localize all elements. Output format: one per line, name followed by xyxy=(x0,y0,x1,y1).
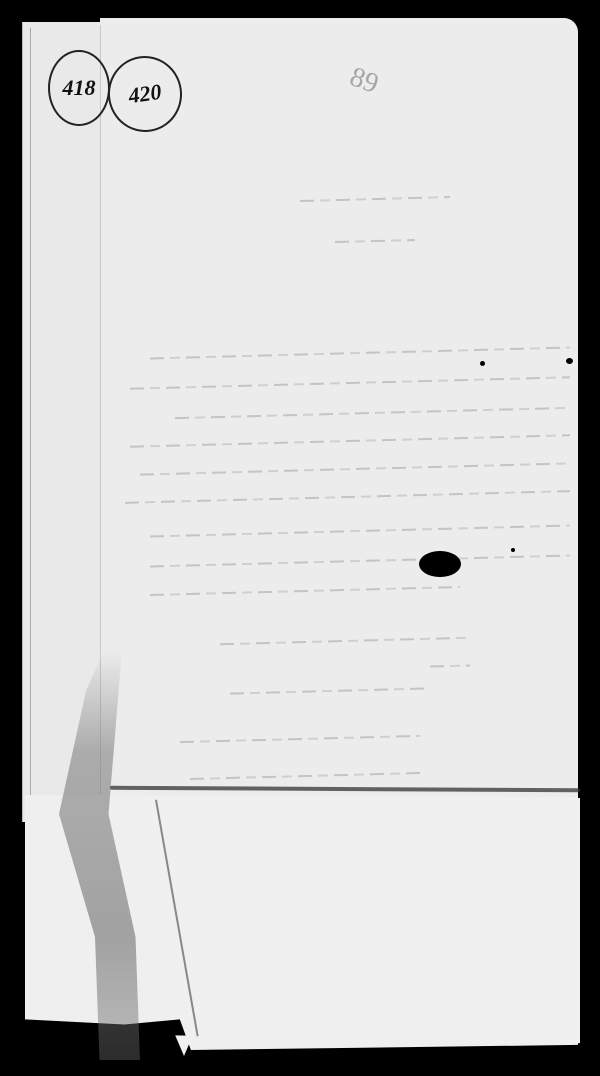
folio-number: 420 xyxy=(127,79,163,109)
main-page xyxy=(100,18,578,803)
back-sheet-edge xyxy=(30,28,31,818)
ink-blot xyxy=(480,361,485,366)
ink-blot xyxy=(419,551,461,577)
ink-blot xyxy=(511,548,515,552)
lower-flap xyxy=(140,798,580,1056)
folio-number: 418 xyxy=(63,75,96,101)
ink-blot xyxy=(566,358,573,364)
folio-stamp-418: 418 xyxy=(48,50,110,126)
